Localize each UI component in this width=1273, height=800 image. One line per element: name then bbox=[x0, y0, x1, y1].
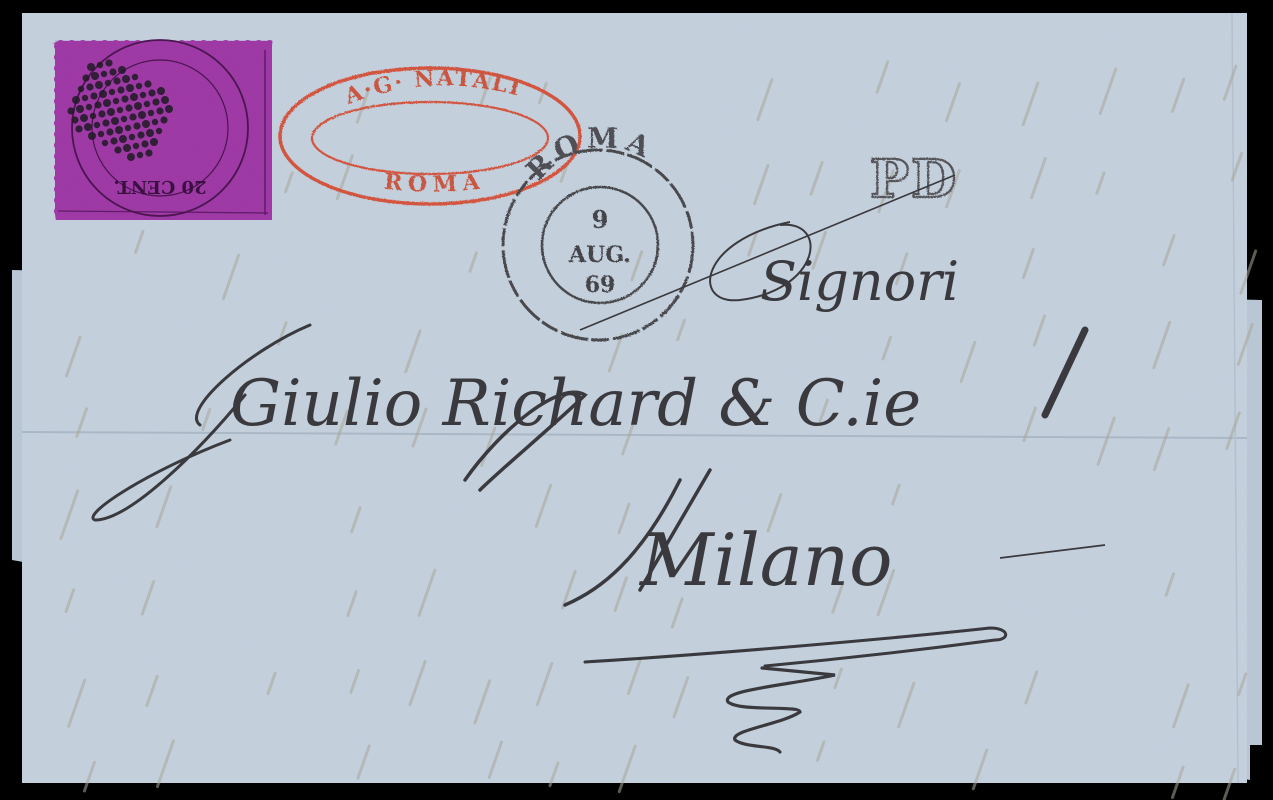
datestamp-year: 69 bbox=[585, 272, 616, 298]
cachet-bottom-text: ROMA bbox=[383, 168, 487, 197]
letter-scene: 20 CENT. A·G· NATALI ROMA ROMA 9 AUG. 69… bbox=[0, 0, 1273, 800]
datestamp-month: AUG. bbox=[568, 242, 631, 268]
datestamp-day: 9 bbox=[592, 205, 609, 234]
svg-text:ROMA: ROMA bbox=[383, 168, 487, 197]
address-salutation: Signori bbox=[760, 250, 959, 313]
stamp-value: 20 CENT. bbox=[113, 176, 206, 197]
address-city: Milano bbox=[638, 518, 892, 602]
postage-stamp: 20 CENT. bbox=[52, 40, 273, 220]
